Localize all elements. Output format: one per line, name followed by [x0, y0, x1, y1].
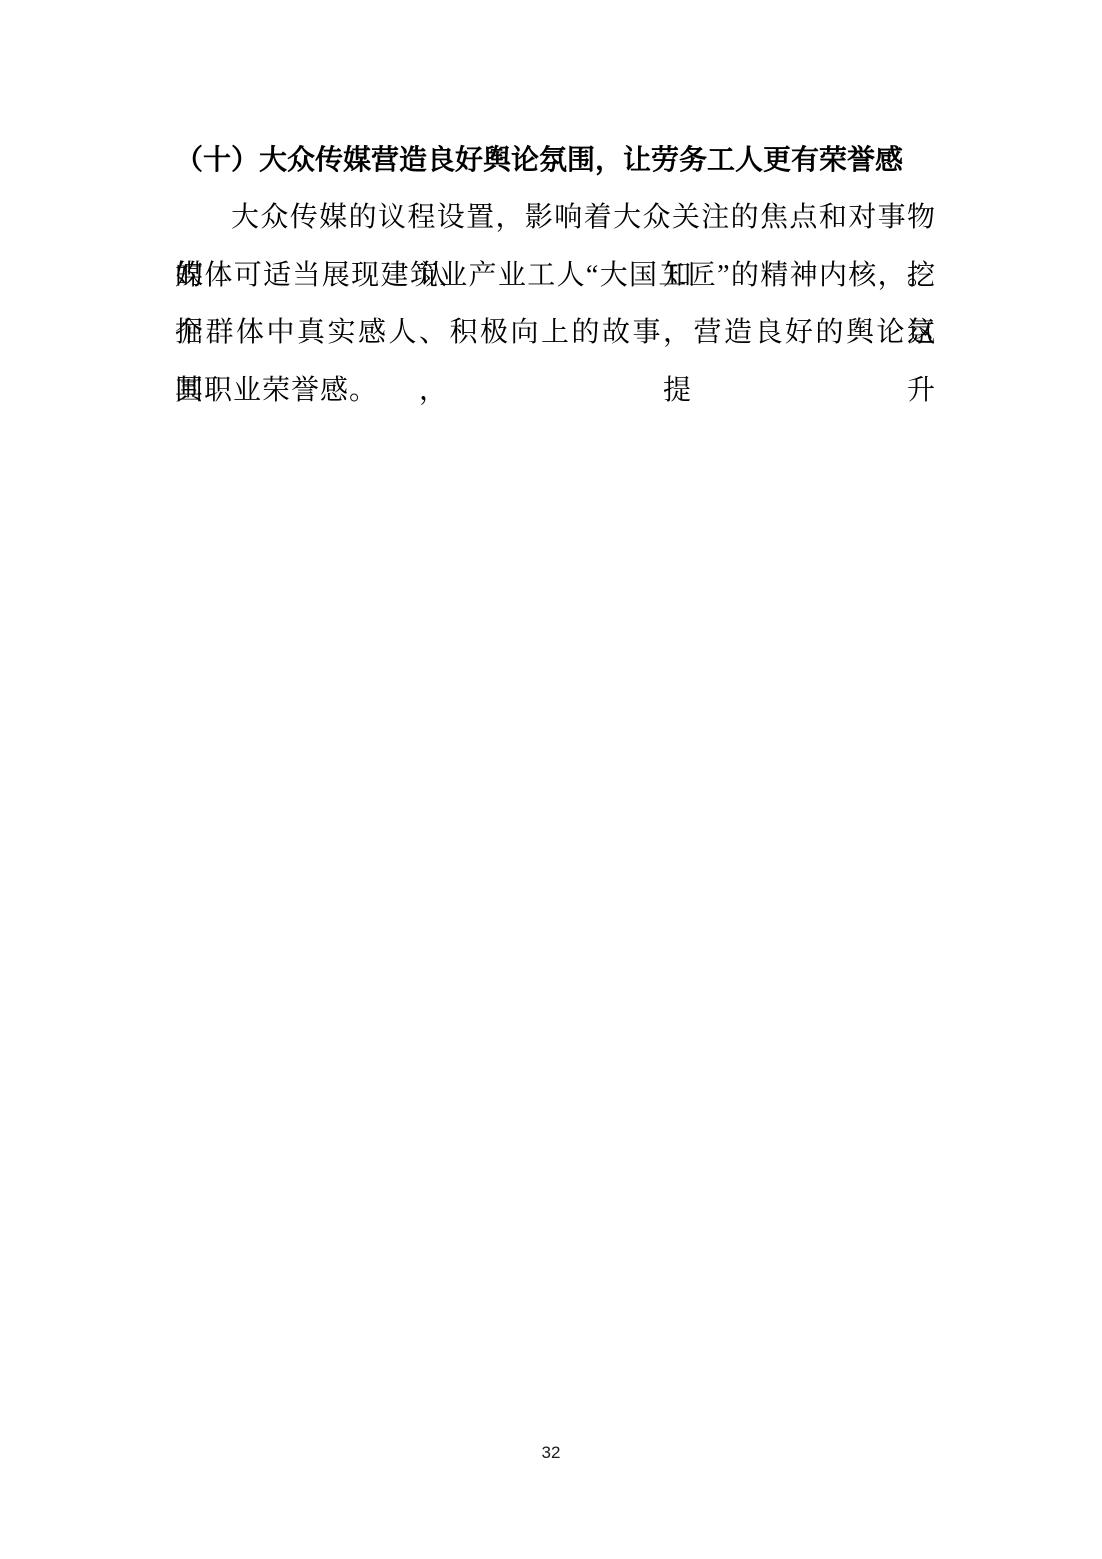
paragraph-line-1: 大众传媒的议程设置，影响着大众关注的焦点和对事物的认知。	[175, 189, 936, 247]
page-number: 32	[0, 1441, 1102, 1465]
section-heading: （十）大众传媒营造良好舆论氛围，让劳务工人更有荣誉感	[175, 132, 936, 189]
body-paragraph: 大众传媒的议程设置，影响着大众关注的焦点和对事物的认知。 媒体可适当展现建筑业产…	[175, 189, 936, 419]
content-area: （十）大众传媒营造良好舆论氛围，让劳务工人更有荣誉感 大众传媒的议程设置，影响着…	[175, 132, 936, 419]
paragraph-line-3: 个群体中真实感人、积极向上的故事，营造良好的舆论氛围，提升	[175, 304, 936, 362]
paragraph-line-2: 媒体可适当展现建筑业产业工人“大国工匠”的精神内核，挖掘这	[175, 247, 936, 305]
document-page: （十）大众传媒营造良好舆论氛围，让劳务工人更有荣誉感 大众传媒的议程设置，影响着…	[0, 0, 1102, 1559]
